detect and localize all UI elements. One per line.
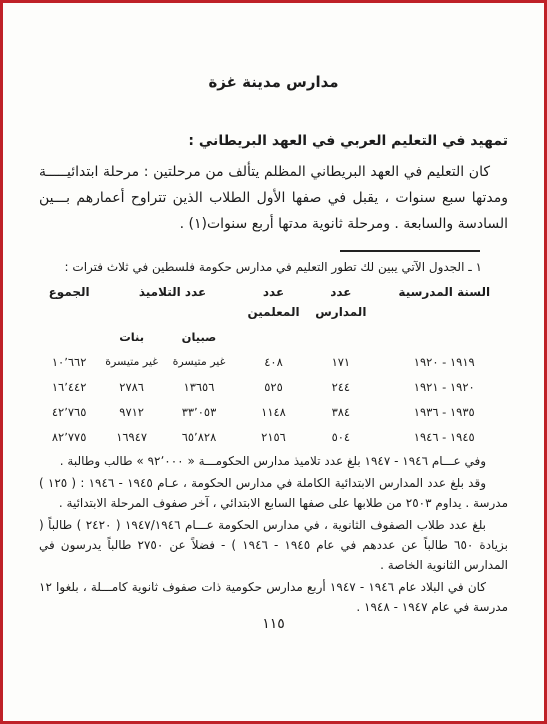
table-cell-total: ١٦٬٤٤٢ [33,375,105,399]
table-header-schools: عدد المدارس [307,280,374,324]
section-heading: تمهيد في التعليم العربي في العهد البريطا… [39,133,508,149]
table-cell-girls: ١٦٩٤٧ [105,425,158,449]
table-cell-schools: ٣٨٤ [307,400,374,424]
table-cell-schools: ١٧١ [307,350,374,374]
body-paragraph: كان التعليم في العهد البريطاني المظلم يت… [39,159,508,237]
table-cell-total: ١٠٬٦٦٢ [33,350,105,374]
table-cell-year: ١٩٤٥ - ١٩٤٦ [375,425,514,449]
table-cell-teachers: ١١٤٨ [240,400,307,424]
table-cell-girls: ٩٧١٢ [105,400,158,424]
table-cell-schools: ٢٤٤ [307,375,374,399]
table-cell-boys: ١٣٦٥٦ [158,375,240,399]
table-cell-girls: غير متيسرة [105,350,158,374]
table-cell-boys: ٦٥٬٨٢٨ [158,425,240,449]
table-cell-teachers: ٥٢٥ [240,375,307,399]
table-cell-year: ١٩٣٥ - ١٩٣٦ [375,400,514,424]
table-cell-total: ٨٢٬٧٧٥ [33,425,105,449]
scanned-book-page: مدارس مدينة غزة تمهيد في التعليم العربي … [0,0,547,724]
footnote-paragraph: وفي عـــام ١٩٤٦ - ١٩٤٧ بلغ عدد تلاميذ مد… [39,451,508,471]
table-cell-boys: غير متيسرة [158,350,240,374]
footnote-intro: ١ ـ الجدول الآتي يبين لك تطور التعليم في… [39,257,508,277]
table-cell-year: ١٩١٩ - ١٩٢٠ [375,350,514,374]
page-title: مدارس مدينة غزة [3,73,544,91]
table-header-teachers: عدد المعلمين [240,280,307,324]
table-cell-boys: ٣٣٬٠٥٣ [158,400,240,424]
footnote-paragraph: وقد بلغ عدد المدارس الابتدائية الكاملة ف… [39,473,508,513]
footnote-separator-line [340,250,480,252]
page-number: ١١٥ [3,616,544,632]
table-cell-schools: ٥٠٤ [307,425,374,449]
table-cell-teachers: ٢١٥٦ [240,425,307,449]
footnote-block: ١ ـ الجدول الآتي يبين لك تطور التعليم في… [3,257,544,617]
footnote-paragraph: كان في البلاد عام ١٩٤٦ - ١٩٤٧ أربع مدارس… [39,577,508,617]
table-cell-girls: ٢٧٨٦ [105,375,158,399]
footnote-table: السنة المدرسية عدد المدارس عدد المعلمين … [33,280,514,449]
table-cell-year: ١٩٢٠ - ١٩٢١ [375,375,514,399]
footnote-paragraph: بلغ عدد طلاب الصفوف الثانوية ، في مدارس … [39,515,508,575]
table-subheader-girls: بنات [105,325,158,349]
footnote-separator-wrap [3,250,544,252]
table-header-total: الجموع [33,280,105,324]
table-header-students: عدد التلاميذ [105,280,240,324]
table-cell-total: ٤٢٬٧٦٥ [33,400,105,424]
table-subheader-boys: صبيان [158,325,240,349]
table-cell-teachers: ٤٠٨ [240,350,307,374]
table-header-year: السنة المدرسية [375,280,514,324]
